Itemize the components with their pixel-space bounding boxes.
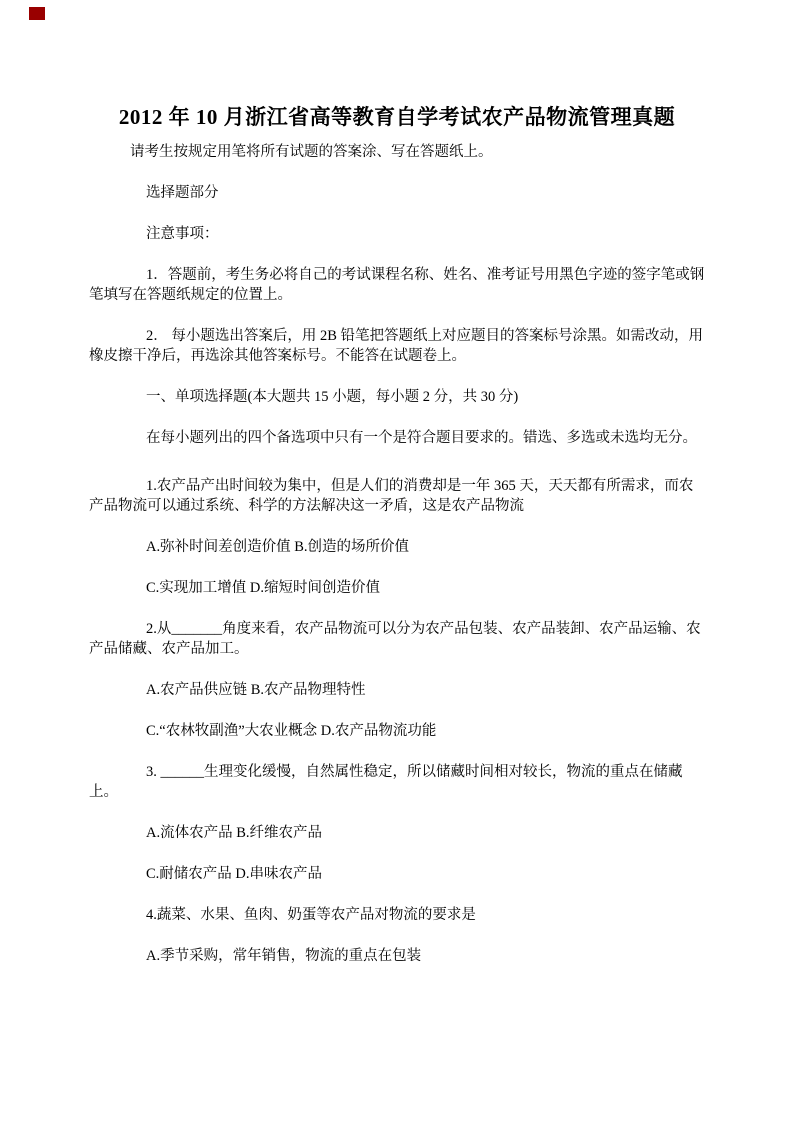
- document-content: 2012 年 10 月浙江省高等教育自学考试农产品物流管理真题 请考生按规定用笔…: [0, 0, 794, 987]
- question-3-options-cd: C.耐储农产品 D.串味农产品: [89, 864, 705, 884]
- question-2-stem: 2.从_______角度来看，农产品物流可以分为农产品包装、农产品装卸、农产品运…: [89, 619, 705, 659]
- question-3-stem: 3. ______生理变化缓慢，自然属性稳定，所以储藏时间相对较长，物流的重点在…: [89, 762, 705, 802]
- question-1-stem: 1.农产品产出时间较为集中，但是人们的消费却是一年 365 天，天天都有所需求，…: [89, 476, 705, 516]
- question-1-options-cd: C.实现加工增值 D.缩短时间创造价值: [89, 578, 705, 598]
- section-heading: 选择题部分: [89, 183, 705, 203]
- page-title: 2012 年 10 月浙江省高等教育自学考试农产品物流管理真题: [89, 104, 705, 130]
- instruction-item-1: 1．答题前，考生务必将自己的考试课程名称、姓名、准考证号用黑色字迹的签字笔或钢笔…: [89, 265, 705, 305]
- notice-text: 请考生按规定用笔将所有试题的答案涂、写在答题纸上。: [89, 142, 705, 162]
- part-note: 在每小题列出的四个备选项中只有一个是符合题目要求的。错选、多选或未选均无分。: [89, 428, 705, 448]
- instructions-heading: 注意事项：: [89, 224, 705, 244]
- document-page: 2012 年 10 月浙江省高等教育自学考试农产品物流管理真题 请考生按规定用笔…: [0, 0, 794, 1123]
- question-1-options-ab: A.弥补时间差创造价值 B.创造的场所价值: [89, 537, 705, 557]
- question-3-options-ab: A.流体农产品 B.纤维农产品: [89, 823, 705, 843]
- question-4-option-a: A.季节采购，常年销售，物流的重点在包装: [89, 946, 705, 966]
- question-4-stem: 4.蔬菜、水果、鱼肉、奶蛋等农产品对物流的要求是: [89, 905, 705, 925]
- part-heading: 一、单项选择题(本大题共 15 小题，每小题 2 分，共 30 分): [89, 387, 705, 407]
- instruction-item-2: 2． 每小题选出答案后，用 2B 铅笔把答题纸上对应题目的答案标号涂黑。如需改动…: [89, 326, 705, 366]
- question-2-options-cd: C.“农林牧副渔”大农业概念 D.农产品物流功能: [89, 721, 705, 741]
- question-2-options-ab: A.农产品供应链 B.农产品物理特性: [89, 680, 705, 700]
